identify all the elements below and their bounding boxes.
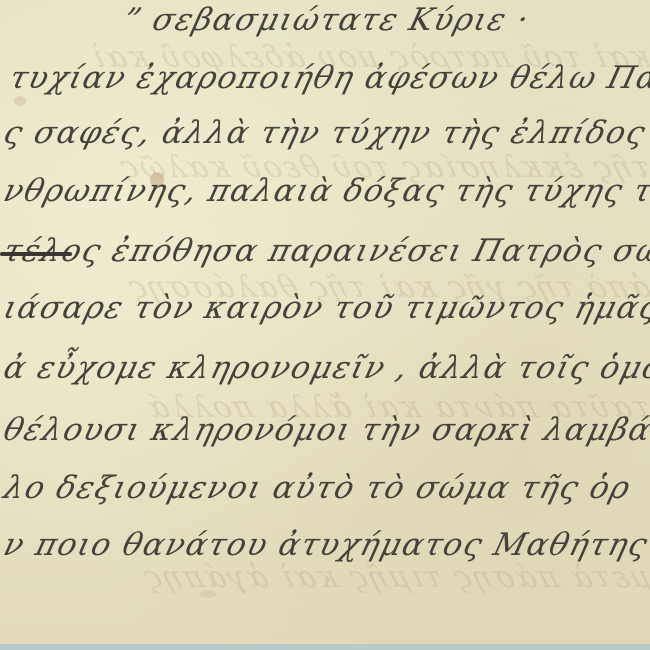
- manuscript-line-8: θέλουσι κληρονόμοι τὴν σαρκὶ λαμβάνο: [0, 412, 650, 448]
- manuscript-line-10: ν ποιο θανάτου ἀτυχήματος Μαθήτης: [0, 527, 650, 563]
- page-bottom-edge: [0, 644, 650, 650]
- manuscript-line-1: ” σεβασμιώτατε Κύριε ·: [120, 2, 534, 38]
- manuscript-line-2: τυχίαν ἐχαροποιήθη ἀφέσων θέλω Πα: [6, 60, 650, 96]
- strikethrough-mark: [0, 252, 72, 256]
- manuscript-line-3: ς σαφές, ἀλλὰ τὴν τύχην τὴς ἐλπίδος λα: [0, 115, 650, 151]
- manuscript-line-4: νθρωπίνης, παλαιὰ δόξας τὴς τύχης τ: [0, 173, 650, 209]
- manuscript-line-5: τέλος ἐπόθησα παραινέσει Πατρὸς σωμάτων …: [0, 233, 650, 269]
- bleed-through-text: μετὰ πάσης τιμῆς καὶ ἀγάπης: [0, 560, 650, 595]
- manuscript-line-6: ιάσαρε τὸν καιρὸν τοῦ τιμῶντος ἡμᾶς συνε…: [0, 290, 650, 326]
- ink-stain: [14, 96, 26, 106]
- ink-stain: [200, 590, 216, 598]
- manuscript-line-7: ἀ εὖχομε κληρονομεῖν , ἀλλὰ τοῖς ὁμογενέ: [0, 350, 650, 386]
- manuscript-line-9: λο δεξιούμενοι αὐτὸ τὸ σώμα τῆς ὁρ: [0, 470, 635, 506]
